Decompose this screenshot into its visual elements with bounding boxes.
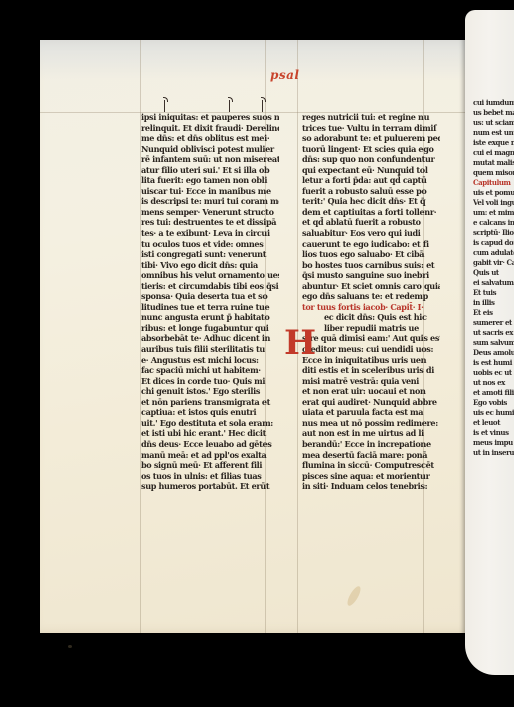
ascender-flourish	[164, 100, 165, 112]
text-line: dem et captiuitas a forti tollenr·	[302, 207, 440, 218]
facing-page: cui iumdum quem us bebet maiori us: ut s…	[462, 0, 514, 707]
decorated-initial: H	[284, 326, 308, 360]
text-line: letur a forti p̄da: aut qd̄ captū	[302, 175, 440, 186]
text-line: tuorū lingent· Et scies quia ego	[302, 144, 440, 155]
text-line: bo signū meū· Et afferent fili	[141, 460, 279, 471]
text-line: nus mea ut nō possim redimere:	[302, 418, 440, 429]
text-line: Ego vobis	[473, 398, 514, 408]
text-line: trices tue· Vultu in terram dimiſ	[302, 123, 440, 134]
text-line: quem misorum	[473, 168, 514, 178]
text-line: os tuos in ulnis: et filias tuas	[141, 471, 279, 482]
text-line: ei salvatum	[473, 278, 514, 288]
text-line: terit:' Quia hec dicit dn̄s· Et q̄	[302, 196, 440, 207]
ascender-flourish	[229, 100, 230, 112]
facing-page-leaf: cui iumdum quem us bebet maiori us: ut s…	[465, 10, 514, 675]
text-line: so adorabunt te: et puluerem pedū	[302, 133, 440, 144]
text-line: diti estis et in sceleribus uris di	[302, 365, 440, 376]
text-line: uis et pomus	[473, 188, 514, 198]
text-line: chi genuit istos.' Ego sterilis	[141, 386, 279, 397]
text-column-left: ipsi iniquitas: et pauperes suos non rel…	[141, 112, 279, 492]
text-line: nunc angusta erunt p̄ habitato	[141, 312, 279, 323]
text-line: ego dn̄s saluans te: et redemp	[302, 291, 440, 302]
text-line: Quis ut	[473, 268, 514, 278]
text-line: um: et mimque	[473, 208, 514, 218]
text-line: creditor meus: cui uendidi uos:	[302, 344, 440, 355]
text-line: ec dicit dn̄s: Quis est hic	[302, 312, 440, 323]
text-line: fuerit a robusto saluū esse po	[302, 186, 440, 197]
text-line: scriptū· Ilios	[473, 228, 514, 238]
text-line: et nōn pariens transmigrata et	[141, 397, 279, 408]
text-line: tes· a te exibunt· Leva in circui	[141, 228, 279, 239]
text-line: meus impu	[473, 438, 514, 448]
text-line: tu oculos tuos et vide: omnes	[141, 239, 279, 250]
text-line: reges nutricii tui: et regine nu	[302, 112, 440, 123]
text-line: abuntur· Et sciet omnis caro quia	[302, 281, 440, 292]
text-line: litudines tue et terra ruine tue	[141, 302, 279, 313]
text-line: me dn̄s: et dn̄s oblitus est mei·	[141, 133, 279, 144]
text-line: cauerunt te ego iudicabo: et fi	[302, 239, 440, 250]
text-line: omnibus his velut ornamento ues	[141, 270, 279, 281]
text-line: atur filio uteri sui.' Et si illa ob	[141, 165, 279, 176]
text-line: is capud dom	[473, 238, 514, 248]
rubric-line: Capitulum	[473, 178, 514, 188]
text-line: cum adulator	[473, 248, 514, 258]
text-line: rē infantem suū: ut non misereatur	[141, 154, 279, 165]
text-line: relinquit. Et dixit fraudi· Derelinqui	[141, 123, 279, 134]
text-line: aut non est in me uirtus ad li	[302, 428, 440, 439]
text-line: uit.' Ego destituta et sola eram:	[141, 418, 279, 429]
text-line: et non erat uir: uocaui et non	[302, 386, 440, 397]
text-line: et isti ubi hic erant.' Hec dicit	[141, 428, 279, 439]
parchment-speck	[68, 645, 72, 648]
text-line: sumerer et	[473, 318, 514, 328]
text-line: sup humeros portabūt. Et erūt	[141, 481, 279, 492]
text-line: Deus amoluit	[473, 348, 514, 358]
text-line: stre quā dimisi eam:' Aut quis est	[302, 333, 440, 344]
text-line: absorbebāt te· Adhuc dicent in	[141, 333, 279, 344]
text-line: Ecce in iniquitatibus uris uen	[302, 355, 440, 366]
text-line: q̄si musto sanguine suo inebri	[302, 270, 440, 281]
text-line: us bebet maiori	[473, 108, 514, 118]
text-line: fac spaciū michi ut habitem·	[141, 365, 279, 376]
text-line: bo hostes tuos carnibus suis: et	[302, 260, 440, 271]
running-head: psal	[270, 68, 299, 82]
text-line: sum salvum ut	[473, 338, 514, 348]
text-line: gabit vir· Ca	[473, 258, 514, 268]
text-line: mea desertū faciā mare: ponā	[302, 450, 440, 461]
facing-page-text: cui iumdum quem us bebet maiori us: ut s…	[473, 98, 514, 538]
chapter-rubric-line: tor tuus fortis iacob· Capit̄· I·	[302, 302, 440, 313]
text-line: captiua: et istos quis enutri	[141, 407, 279, 418]
text-line: mutat malis auct	[473, 158, 514, 168]
text-line: lios tuos ego saluabo· Et cibā	[302, 249, 440, 260]
text-line: misi matrē vestrā: quia veni	[302, 376, 440, 387]
text-line: lita fuerit: ego tamen non obli	[141, 175, 279, 186]
text-line: e calcans inci	[473, 218, 514, 228]
text-line: auribus tuis filii sterilitatis tu	[141, 344, 279, 355]
text-line: et leuot	[473, 418, 514, 428]
parchment-stain	[345, 584, 363, 607]
text-line: e· Angustus est michi locus:	[141, 355, 279, 366]
text-line: et qd̄ ablatū fuerit a robusto	[302, 217, 440, 228]
text-line: mens semper· Venerunt structo	[141, 207, 279, 218]
text-line: ipsi iniquitas: et pauperes suos non	[141, 112, 279, 123]
text-line: is descripsi te: muri tui coram me	[141, 196, 279, 207]
text-line: Et tuis	[473, 288, 514, 298]
text-line: sponsa· Quia deserta tua et so	[141, 291, 279, 302]
text-line: cui iumdum quem	[473, 98, 514, 108]
text-line: ut nos ex	[473, 378, 514, 388]
text-line: Vel voli ingui	[473, 198, 514, 208]
text-line: erat qui audiret· Nunquid abbre	[302, 397, 440, 408]
text-line: tibi· Vivo ego dicit dn̄s: quia	[141, 260, 279, 271]
text-line: flumina in siccū· Computrescēt	[302, 460, 440, 471]
text-line: Nunquid oblivisci potest mulier	[141, 144, 279, 155]
text-line: dn̄s: sup quo non confundentur	[302, 154, 440, 165]
text-line: manū meā: et ad ppl'os exalta	[141, 450, 279, 461]
text-line: qui expectant eū· Nunquid tol	[302, 165, 440, 176]
text-line: num est unus	[473, 128, 514, 138]
text-line: ut sacris ex	[473, 328, 514, 338]
text-line: uiata et paruula facta est ma	[302, 407, 440, 418]
text-line: us: ut sciam	[473, 118, 514, 128]
text-line: cui ei magnific	[473, 148, 514, 158]
text-line: uiscar tui· Ecce in manibus me	[141, 186, 279, 197]
text-line: uis ec humilis	[473, 408, 514, 418]
text-line: berandū:' Ecce in increpatione	[302, 439, 440, 450]
text-line: et amoti filium	[473, 388, 514, 398]
text-line: pisces sine aqua: et morientur	[302, 471, 440, 482]
text-line: iste exque mili	[473, 138, 514, 148]
text-line: in siti· Induam celos tenebris:	[302, 481, 440, 492]
text-line: dn̄s deus· Ecce leuabo ad gētes	[141, 439, 279, 450]
text-column-right: reges nutricii tui: et regine nu trices …	[302, 112, 440, 492]
text-line: Et dices in corde tuo· Quis mi	[141, 376, 279, 387]
text-line: ut in inserunt	[473, 448, 514, 458]
text-line: res tui: destruentes te et dissipā	[141, 217, 279, 228]
text-line: is et vinus	[473, 428, 514, 438]
text-line: liber repudii matris ue	[302, 323, 440, 334]
ascender-flourish	[262, 100, 263, 112]
text-line: ribus: et longe fugabuntur qui	[141, 323, 279, 334]
text-line: tieris: et circumdabis tibi eos q̄si	[141, 281, 279, 292]
text-line: is est humi	[473, 358, 514, 368]
text-line: in illis	[473, 298, 514, 308]
text-line: uobis ec ut	[473, 368, 514, 378]
text-line: Et eis	[473, 308, 514, 318]
text-line: saluabitur· Eos vero qui iudi	[302, 228, 440, 239]
text-line: isti congregati sunt: venerunt	[141, 249, 279, 260]
